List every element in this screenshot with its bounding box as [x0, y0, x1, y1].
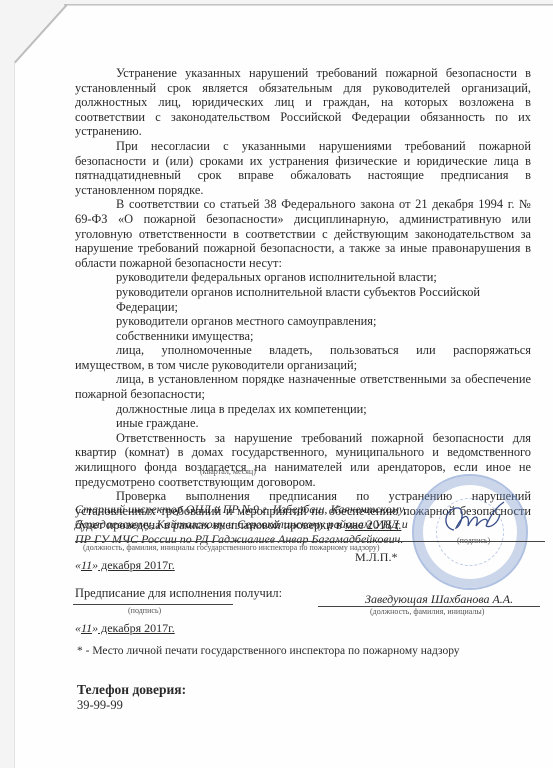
list-item: руководители федеральных органов исполни… — [75, 270, 531, 285]
recipient-label: Предписание для исполнения получил: — [75, 586, 282, 601]
list-item: руководители органов исполнительной влас… — [75, 285, 531, 314]
inspector-caption: (должность, фамилия, инициалы государств… — [83, 543, 380, 552]
list-item: лица, уполномоченные владеть, пользовать… — [75, 343, 531, 372]
list-item: должностные лица в пределах их компетенц… — [75, 402, 531, 417]
hotline-number: 39-99-99 — [77, 698, 123, 713]
inspector-signature — [440, 500, 510, 540]
hotline-label: Телефон доверия: — [77, 682, 186, 698]
recipient-signature-line — [73, 604, 233, 605]
inspection-date-caption: (квартал, месяц) — [200, 467, 256, 476]
recipient-date-rest: декабря 2017г. — [98, 621, 175, 635]
seal-footnote: * - Место личной печати государственного… — [77, 645, 460, 657]
paragraph-appeal: При несогласии с указанными нарушениями … — [75, 139, 531, 197]
inspector-line-1: Старший инспектор ОНД и ПР №9 г. Изберба… — [75, 502, 415, 517]
recipient-name: Заведующая Шахбанова А.А. — [365, 592, 513, 607]
document-body: Устранение указанных нарушений требовани… — [75, 66, 531, 533]
list-item: лица, в установленном порядке назначенны… — [75, 372, 531, 401]
paragraph-violations-elimination: Устранение указанных нарушений требовани… — [75, 66, 531, 139]
recipient-name-caption: (должность, фамилия, инициалы) — [370, 607, 484, 616]
list-item: иные граждане. — [75, 416, 531, 431]
seal-place-mark: М.Л.П.* — [355, 550, 397, 565]
recipient-date: «11» декабря 2017г. — [75, 621, 175, 636]
list-item: руководители органов местного самоуправл… — [75, 314, 531, 329]
inspector-signature-caption: (подпись) — [457, 536, 490, 545]
inspector-line-2: Дахадаевскому, Кайтагскому и Сергокалинс… — [75, 517, 415, 532]
paragraph-liability-law: В соответствии со статьей 38 Федеральног… — [75, 197, 531, 270]
page-edge-left — [14, 62, 15, 768]
inspector-date: «11» декабря 2017г. — [75, 558, 175, 573]
recipient-date-day: 11 — [81, 621, 92, 635]
inspector-date-rest: декабря 2017г. — [98, 558, 175, 572]
responsible-list: руководители федеральных органов исполни… — [75, 270, 531, 431]
page-edge-top — [64, 4, 553, 6]
list-item: собственники имущества; — [75, 329, 531, 344]
inspector-date-day: 11 — [81, 558, 92, 572]
recipient-signature-caption: (подпись) — [128, 606, 161, 615]
